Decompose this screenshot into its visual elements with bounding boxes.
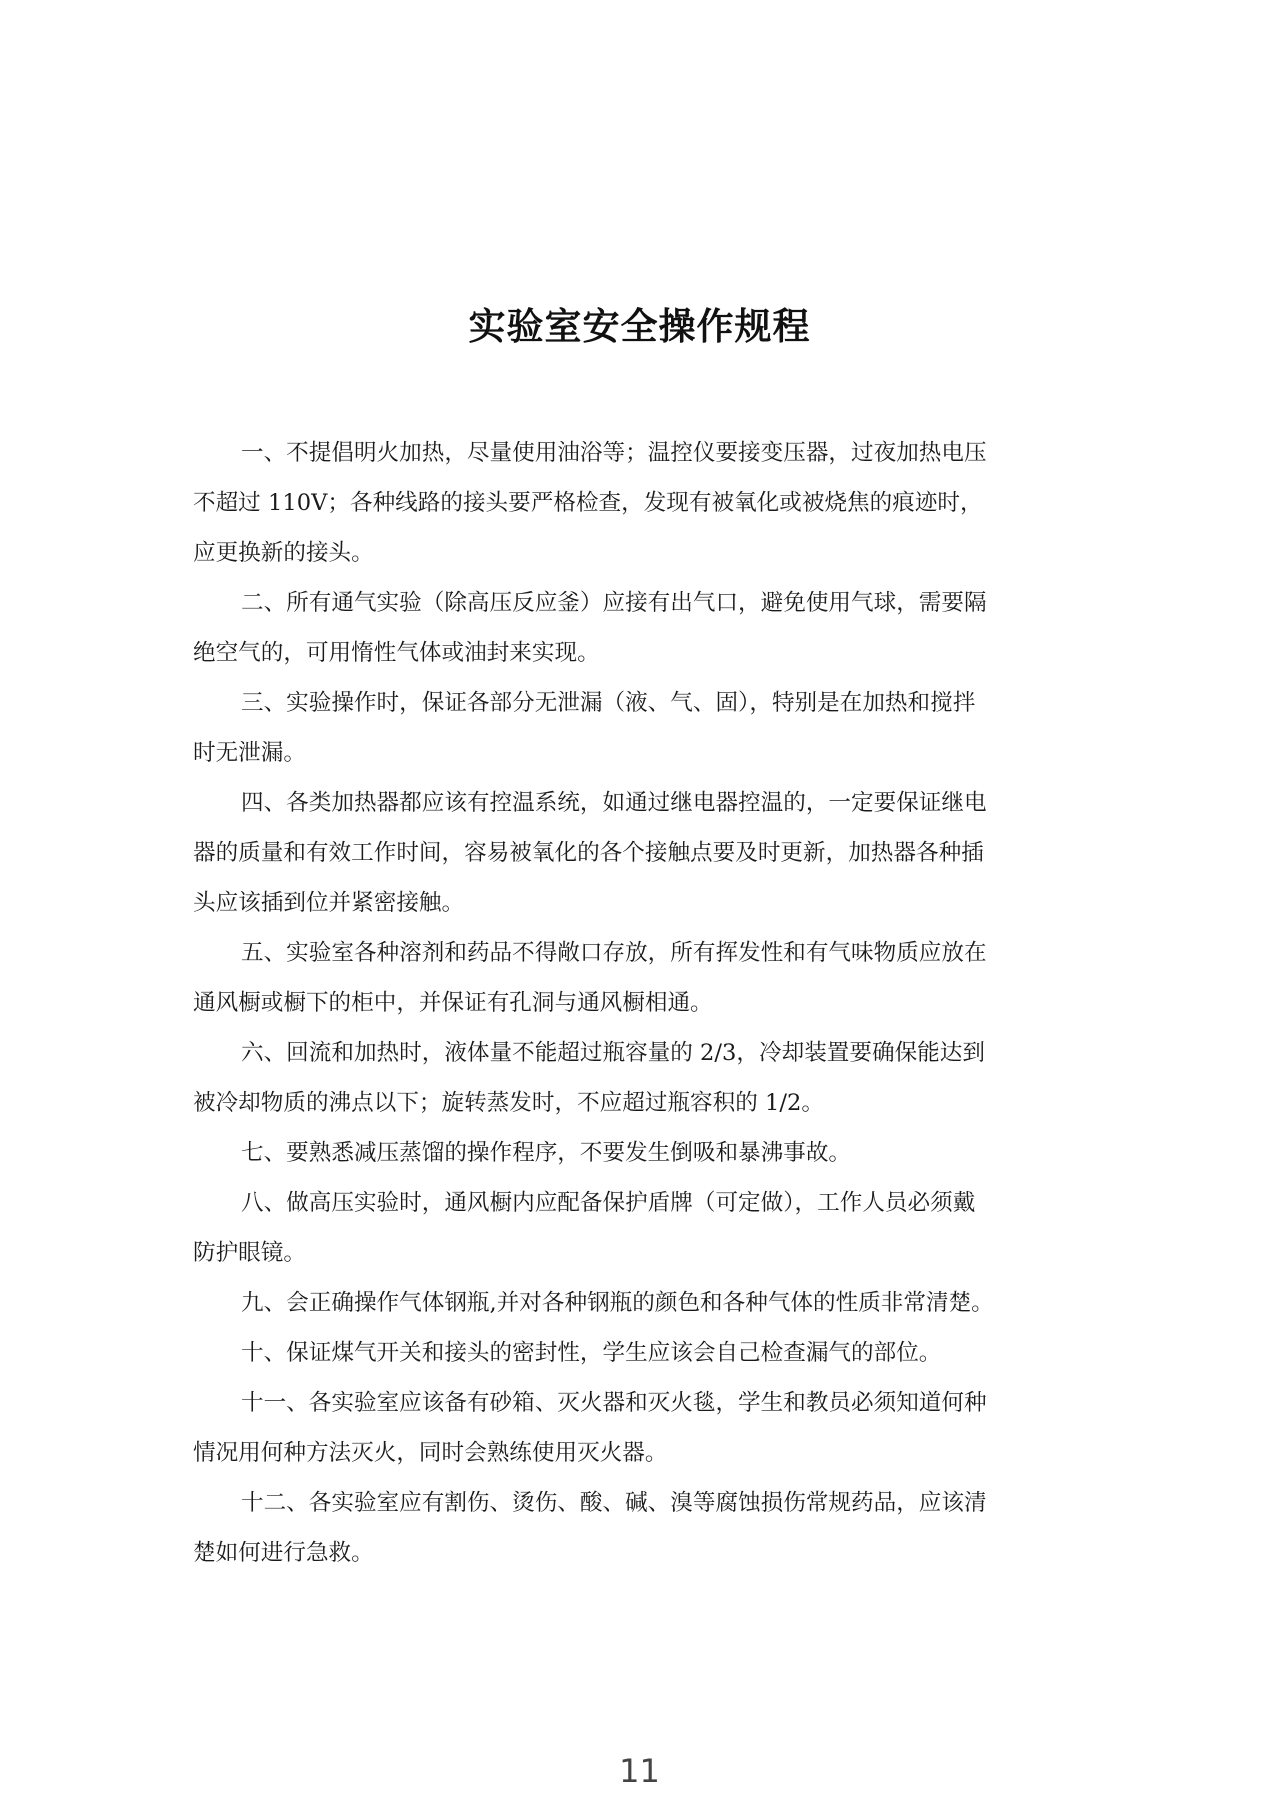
document-page: 实验室安全操作规程 一、不提倡明火加热，尽量使用油浴等；温控仪要接变压器，过夜加… [0, 0, 1279, 1809]
paragraph-line: 不超过 110V；各种线路的接头要严格检查，发现有被氧化或被烧焦的痕迹时， [193, 478, 1093, 528]
paragraph-line: 十一、各实验室应该备有砂箱、灭火器和灭火毯，学生和教员必须知道何种 [193, 1378, 1093, 1428]
rule-paragraph-7: 七、要熟悉减压蒸馏的操作程序，不要发生倒吸和暴沸事故。 [193, 1128, 1093, 1178]
paragraph-line: 绝空气的，可用惰性气体或油封来实现。 [193, 628, 1093, 678]
paragraph-line: 三、实验操作时，保证各部分无泄漏（液、气、固），特别是在加热和搅拌 [193, 678, 1093, 728]
paragraph-line: 器的质量和有效工作时间，容易被氧化的各个接触点要及时更新，加热器各种插 [193, 828, 1093, 878]
rule-paragraph-6: 六、回流和加热时，液体量不能超过瓶容量的 2/3，冷却装置要确保能达到 被冷却物… [193, 1028, 1093, 1128]
rule-paragraph-12: 十二、各实验室应有割伤、烫伤、酸、碱、溴等腐蚀损伤常规药品，应该清 楚如何进行急… [193, 1478, 1093, 1578]
rule-paragraph-3: 三、实验操作时，保证各部分无泄漏（液、气、固），特别是在加热和搅拌 时无泄漏。 [193, 678, 1093, 778]
paragraph-line: 十二、各实验室应有割伤、烫伤、酸、碱、溴等腐蚀损伤常规药品，应该清 [193, 1478, 1093, 1528]
paragraph-line: 防护眼镜。 [193, 1228, 1093, 1278]
rule-paragraph-4: 四、各类加热器都应该有控温系统，如通过继电器控温的，一定要保证继电 器的质量和有… [193, 778, 1093, 928]
paragraph-line: 情况用何种方法灭火，同时会熟练使用灭火器。 [193, 1428, 1093, 1478]
paragraph-line: 六、回流和加热时，液体量不能超过瓶容量的 2/3，冷却装置要确保能达到 [193, 1028, 1093, 1078]
document-body: 一、不提倡明火加热，尽量使用油浴等；温控仪要接变压器，过夜加热电压 不超过 11… [193, 428, 1093, 1578]
paragraph-line: 被冷却物质的沸点以下；旋转蒸发时，不应超过瓶容积的 1/2。 [193, 1078, 1093, 1128]
rule-paragraph-5: 五、实验室各种溶剂和药品不得敞口存放，所有挥发性和有气味物质应放在 通风橱或橱下… [193, 928, 1093, 1028]
paragraph-line: 九、会正确操作气体钢瓶,并对各种钢瓶的颜色和各种气体的性质非常清楚。 [193, 1278, 1093, 1328]
paragraph-line: 头应该插到位并紧密接触。 [193, 878, 1093, 928]
paragraph-line: 通风橱或橱下的柜中，并保证有孔洞与通风橱相通。 [193, 978, 1093, 1028]
rule-paragraph-10: 十、保证煤气开关和接头的密封性，学生应该会自己检查漏气的部位。 [193, 1328, 1093, 1378]
rule-paragraph-11: 十一、各实验室应该备有砂箱、灭火器和灭火毯，学生和教员必须知道何种 情况用何种方… [193, 1378, 1093, 1478]
rule-paragraph-8: 八、做高压实验时，通风橱内应配备保护盾牌（可定做），工作人员必须戴 防护眼镜。 [193, 1178, 1093, 1278]
rule-paragraph-1: 一、不提倡明火加热，尽量使用油浴等；温控仪要接变压器，过夜加热电压 不超过 11… [193, 428, 1093, 578]
page-number: 11 [0, 1752, 1279, 1790]
paragraph-line: 一、不提倡明火加热，尽量使用油浴等；温控仪要接变压器，过夜加热电压 [193, 428, 1093, 478]
paragraph-line: 应更换新的接头。 [193, 528, 1093, 578]
paragraph-line: 八、做高压实验时，通风橱内应配备保护盾牌（可定做），工作人员必须戴 [193, 1178, 1093, 1228]
document-title: 实验室安全操作规程 [0, 296, 1279, 350]
paragraph-line: 四、各类加热器都应该有控温系统，如通过继电器控温的，一定要保证继电 [193, 778, 1093, 828]
rule-paragraph-2: 二、所有通气实验（除高压反应釜）应接有出气口，避免使用气球，需要隔 绝空气的，可… [193, 578, 1093, 678]
paragraph-line: 时无泄漏。 [193, 728, 1093, 778]
paragraph-line: 十、保证煤气开关和接头的密封性，学生应该会自己检查漏气的部位。 [193, 1328, 1093, 1378]
paragraph-line: 七、要熟悉减压蒸馏的操作程序，不要发生倒吸和暴沸事故。 [193, 1128, 1093, 1178]
paragraph-line: 五、实验室各种溶剂和药品不得敞口存放，所有挥发性和有气味物质应放在 [193, 928, 1093, 978]
paragraph-line: 二、所有通气实验（除高压反应釜）应接有出气口，避免使用气球，需要隔 [193, 578, 1093, 628]
paragraph-line: 楚如何进行急救。 [193, 1528, 1093, 1578]
rule-paragraph-9: 九、会正确操作气体钢瓶,并对各种钢瓶的颜色和各种气体的性质非常清楚。 [193, 1278, 1093, 1328]
